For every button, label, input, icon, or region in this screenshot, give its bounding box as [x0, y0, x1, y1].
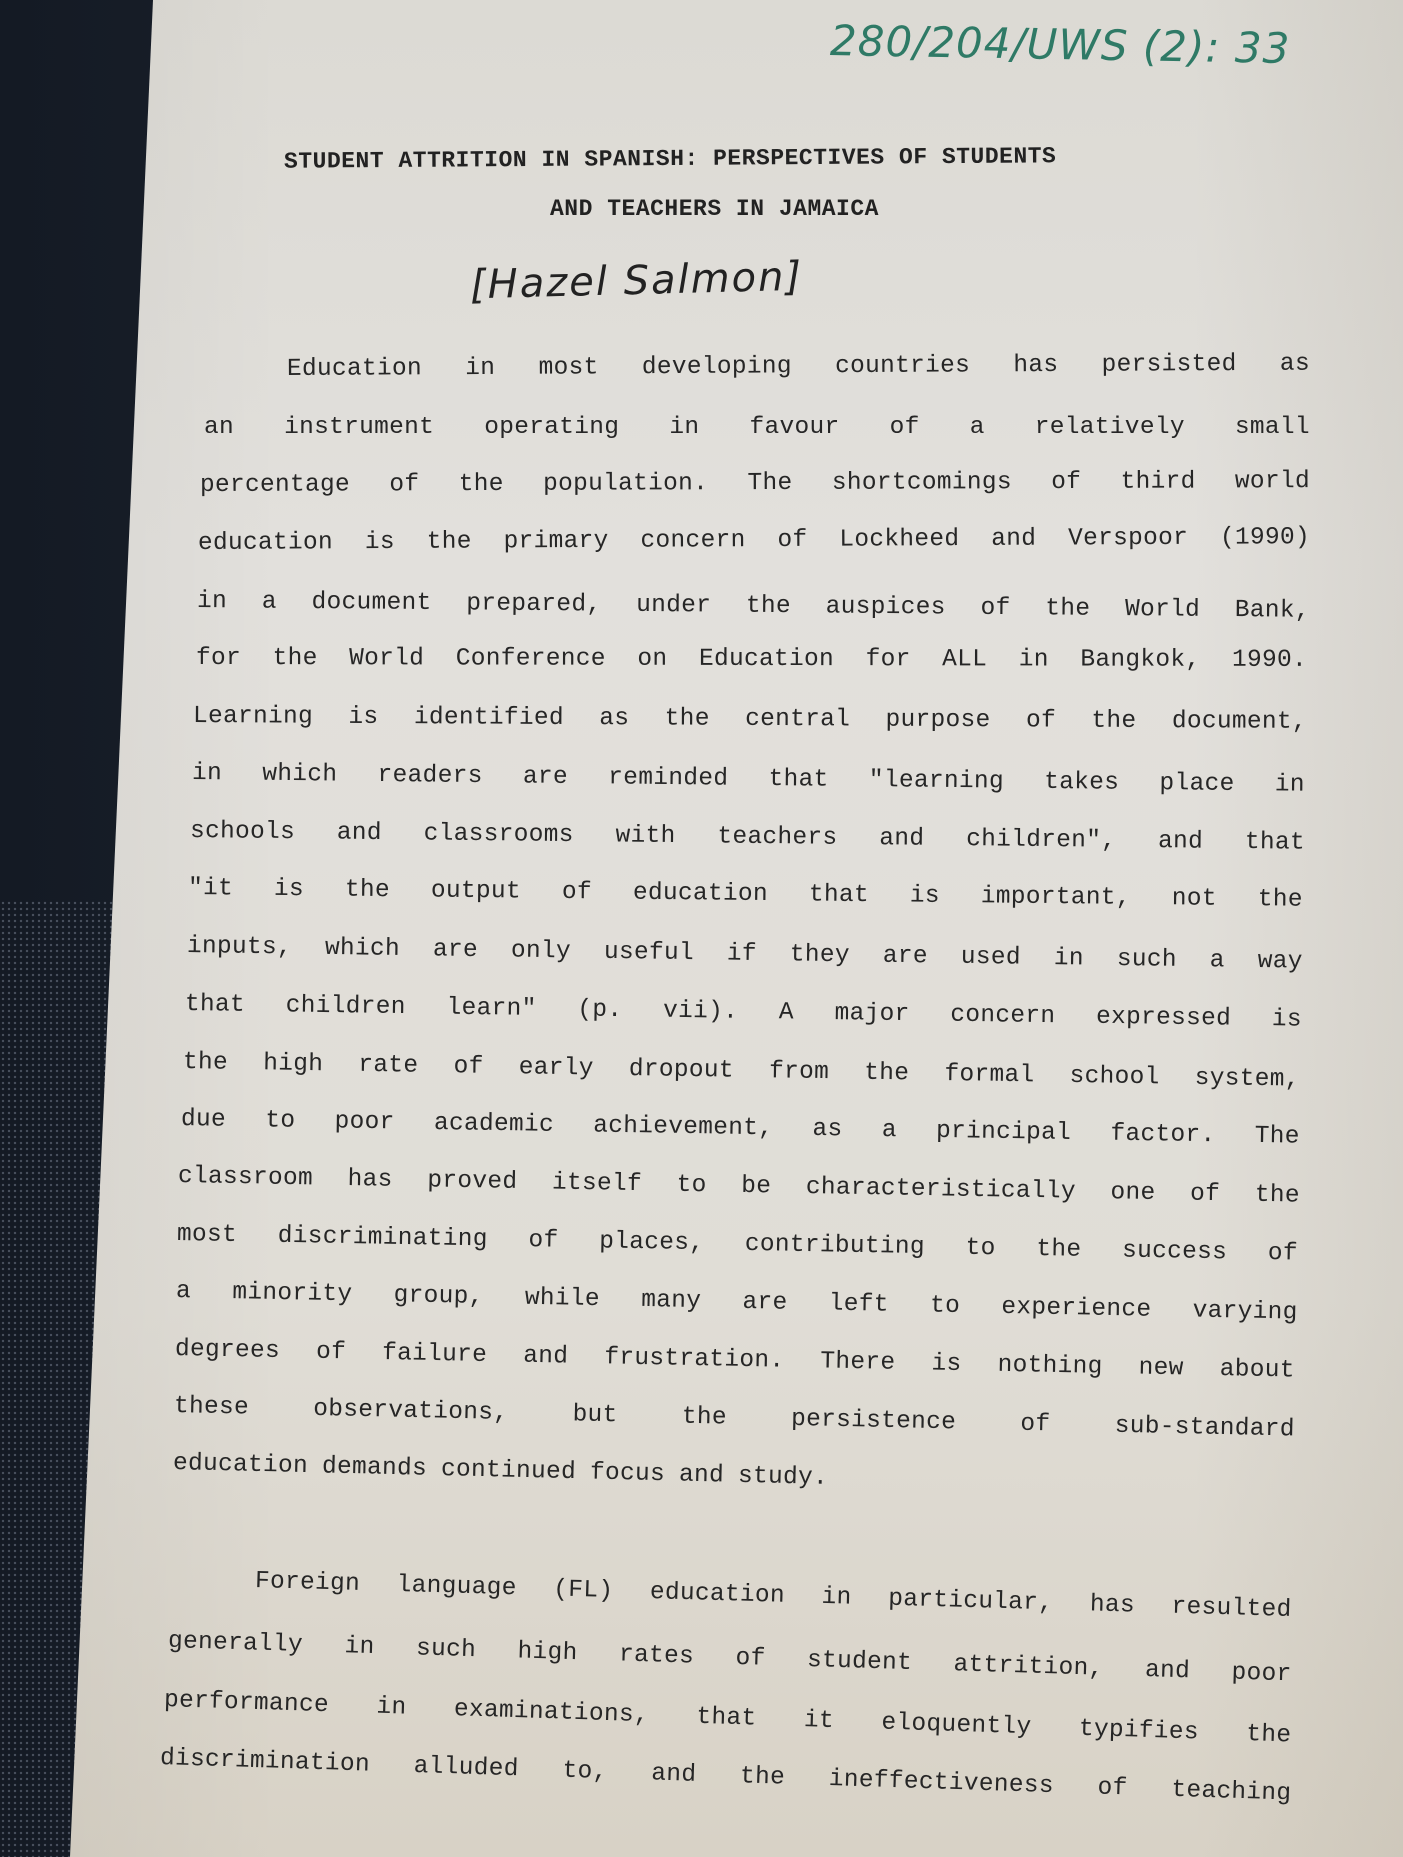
text-line: aninstrumentoperatinginfavourofarelative…	[204, 414, 1310, 441]
text-line: Educationinmostdevelopingcountrieshasper…	[287, 351, 1310, 383]
title-line-1: STUDENT ATTRITION IN SPANISH: PERSPECTIV…	[284, 143, 1056, 174]
title-line-2: AND TEACHERS IN JAMAICA	[550, 196, 879, 222]
archive-annotation: 280/204/UWS (2): 33	[830, 16, 1291, 73]
text-line: fortheWorldConferenceonEducationforALLin…	[196, 645, 1307, 674]
author-handwritten: [Hazel Salmon]	[469, 254, 803, 309]
text-line: percentageofthepopulation.Theshortcoming…	[200, 468, 1310, 499]
